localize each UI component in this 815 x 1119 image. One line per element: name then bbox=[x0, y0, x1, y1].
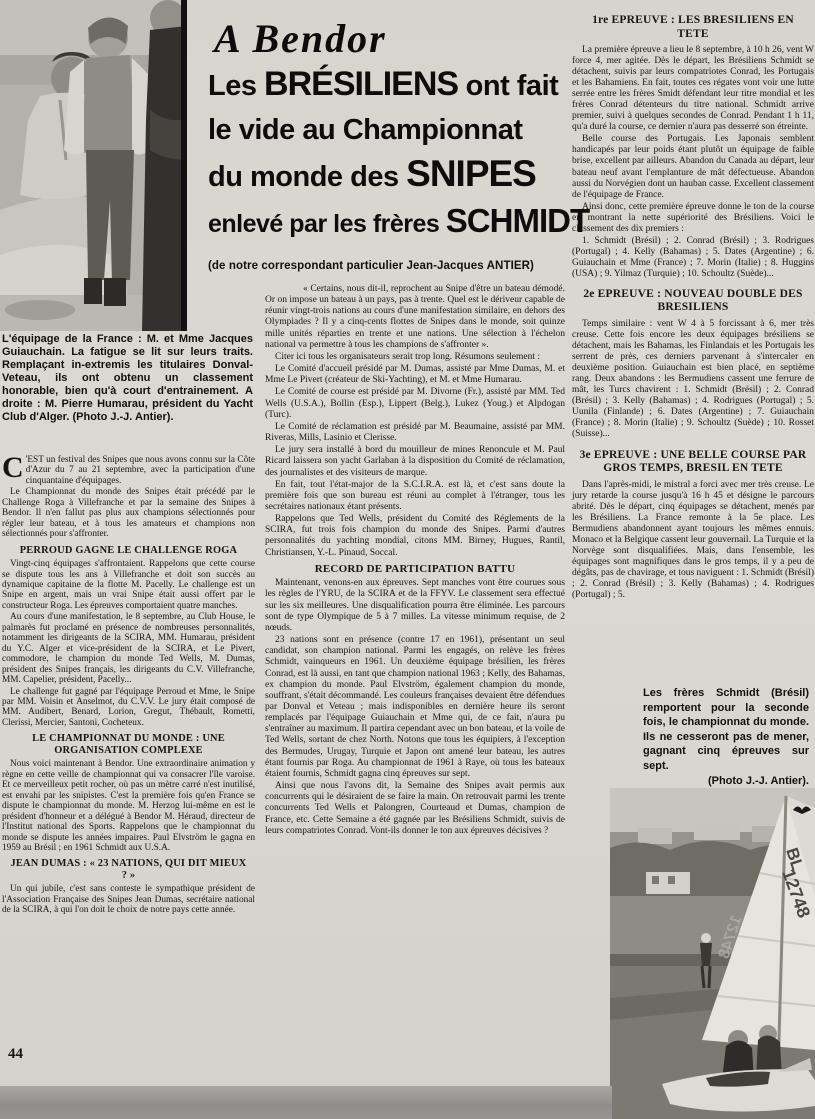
photo-schmidt-snipe: BL 12748 12748 bbox=[610, 788, 815, 1119]
headline-line-3: du monde des SNIPES bbox=[208, 152, 570, 199]
body-paragraph: Vingt-cinq équipages s'affrontaient. Rap… bbox=[2, 559, 255, 611]
photo-credit: (Photo J.-J. Antier). bbox=[72, 411, 173, 423]
body-paragraph: C'EST un festival des Snipes que nous av… bbox=[2, 455, 255, 486]
photo-french-crew bbox=[0, 0, 187, 331]
section-heading-jean-dumas: JEAN DUMAS : « 23 NATIONS, QUI DIT MIEUX… bbox=[8, 858, 249, 881]
body-paragraph: Le Comité d'accueil présidé par M. Dumas… bbox=[265, 364, 565, 386]
body-paragraph: La première épreuve a lieu le 8 septembr… bbox=[572, 45, 814, 133]
body-paragraph: Le jury sera installé à bord du mouilleu… bbox=[265, 445, 565, 478]
race-heading-3: 3e EPREUVE : UNE BELLE COURSE PAR GROS T… bbox=[576, 449, 810, 476]
body-paragraph: En fait, tout l'état-major de la S.C.I.R… bbox=[265, 480, 565, 513]
left-column: C'EST un festival des Snipes que nous av… bbox=[2, 455, 255, 917]
race-heading-2: 2e EPREUVE : NOUVEAU DOUBLE DES BRESILIE… bbox=[576, 288, 810, 315]
body-paragraph: Au cours d'une manifestation, le 8 septe… bbox=[2, 612, 255, 685]
ranking-list: 1. Schmidt (Brésil) ; 2. Conrad (Brésil)… bbox=[572, 236, 814, 280]
body-paragraph: Le Comité de course est présidé par M. D… bbox=[265, 387, 565, 420]
body-paragraph: Le Comité de réclamation est présidé par… bbox=[265, 422, 565, 444]
body-paragraph: 23 nations sont en présence (contre 17 e… bbox=[265, 635, 565, 780]
body-paragraph: Temps similaire : vent W 4 à 5 forcissan… bbox=[572, 319, 814, 441]
body-paragraph: Ainsi donc, cette première épreuve donne… bbox=[572, 202, 814, 235]
drop-cap: C bbox=[2, 456, 24, 480]
photo-snipe-image: BL 12748 12748 bbox=[610, 788, 815, 1119]
masthead: A Bendor Les BRÉSILIENS ont fait le vide… bbox=[208, 16, 570, 272]
right-column: 1re EPREUVE : LES BRESILIENS EN TETE La … bbox=[572, 14, 814, 602]
headline-line-1: Les BRÉSILIENS ont fait bbox=[208, 62, 570, 108]
race-heading-1: 1re EPREUVE : LES BRESILIENS EN TETE bbox=[576, 14, 810, 41]
magazine-page: L'équipage de la France : M. et Mme Jacq… bbox=[0, 0, 815, 1119]
body-paragraph: Citer ici tous les organisateurs serait … bbox=[265, 352, 565, 363]
photo-credit: (Photo J.-J. Antier). bbox=[643, 774, 809, 789]
body-paragraph: Un qui jubile, c'est sans conteste le sy… bbox=[2, 884, 255, 915]
middle-column: « Certains, nous dit-il, reprochent au S… bbox=[265, 284, 565, 838]
body-paragraph: Maintenant, venons-en aux épreuves. Sept… bbox=[265, 578, 565, 634]
byline: (de notre correspondant particulier Jean… bbox=[208, 260, 570, 272]
kicker-a-bendor: A Bendor bbox=[214, 16, 570, 62]
body-paragraph: Belle course des Portugais. Les Japonais… bbox=[572, 134, 814, 200]
section-heading-challenge-roga: PERROUD GAGNE LE CHALLENGE ROGA bbox=[8, 545, 249, 557]
photo-caption-schmidt: Les frères Schmidt (Brésil) remportent p… bbox=[643, 686, 809, 788]
photo-caption-crew: L'équipage de la France : M. et Mme Jacq… bbox=[2, 333, 253, 424]
section-heading-organisation: LE CHAMPIONNAT DU MONDE : UNE ORGANISATI… bbox=[8, 733, 249, 756]
headline-line-2: le vide au Championnat bbox=[208, 108, 570, 152]
headline-line-4: enlevé par les frères SCHMIDT bbox=[208, 199, 570, 246]
body-paragraph-quote: « Certains, nous dit-il, reprochent au S… bbox=[265, 284, 565, 351]
body-paragraph: Le Championnat du monde des Snipes était… bbox=[2, 487, 255, 539]
body-paragraph: Nous voici maintenant à Bendor. Une extr… bbox=[2, 759, 255, 853]
caption-text: Les frères Schmidt (Brésil) remportent p… bbox=[643, 687, 809, 772]
body-paragraph: Dans l'après-midi, le mistral a forci av… bbox=[572, 480, 814, 602]
caption-text: L'équipage de la France : M. et Mme Jacq… bbox=[2, 333, 253, 423]
photo-french-crew-image bbox=[0, 0, 187, 331]
section-heading-record-participation: RECORD DE PARTICIPATION BATTU bbox=[271, 564, 559, 576]
body-paragraph: Rappelons que Ted Wells, président du Co… bbox=[265, 514, 565, 559]
body-paragraph: Ainsi que nous l'avons dit, la Semaine d… bbox=[265, 781, 565, 837]
page-number: 44 bbox=[8, 1046, 23, 1063]
body-paragraph: Le challenge fut gagné par l'équipage Pe… bbox=[2, 687, 255, 729]
scan-edge-strip bbox=[0, 1086, 612, 1119]
